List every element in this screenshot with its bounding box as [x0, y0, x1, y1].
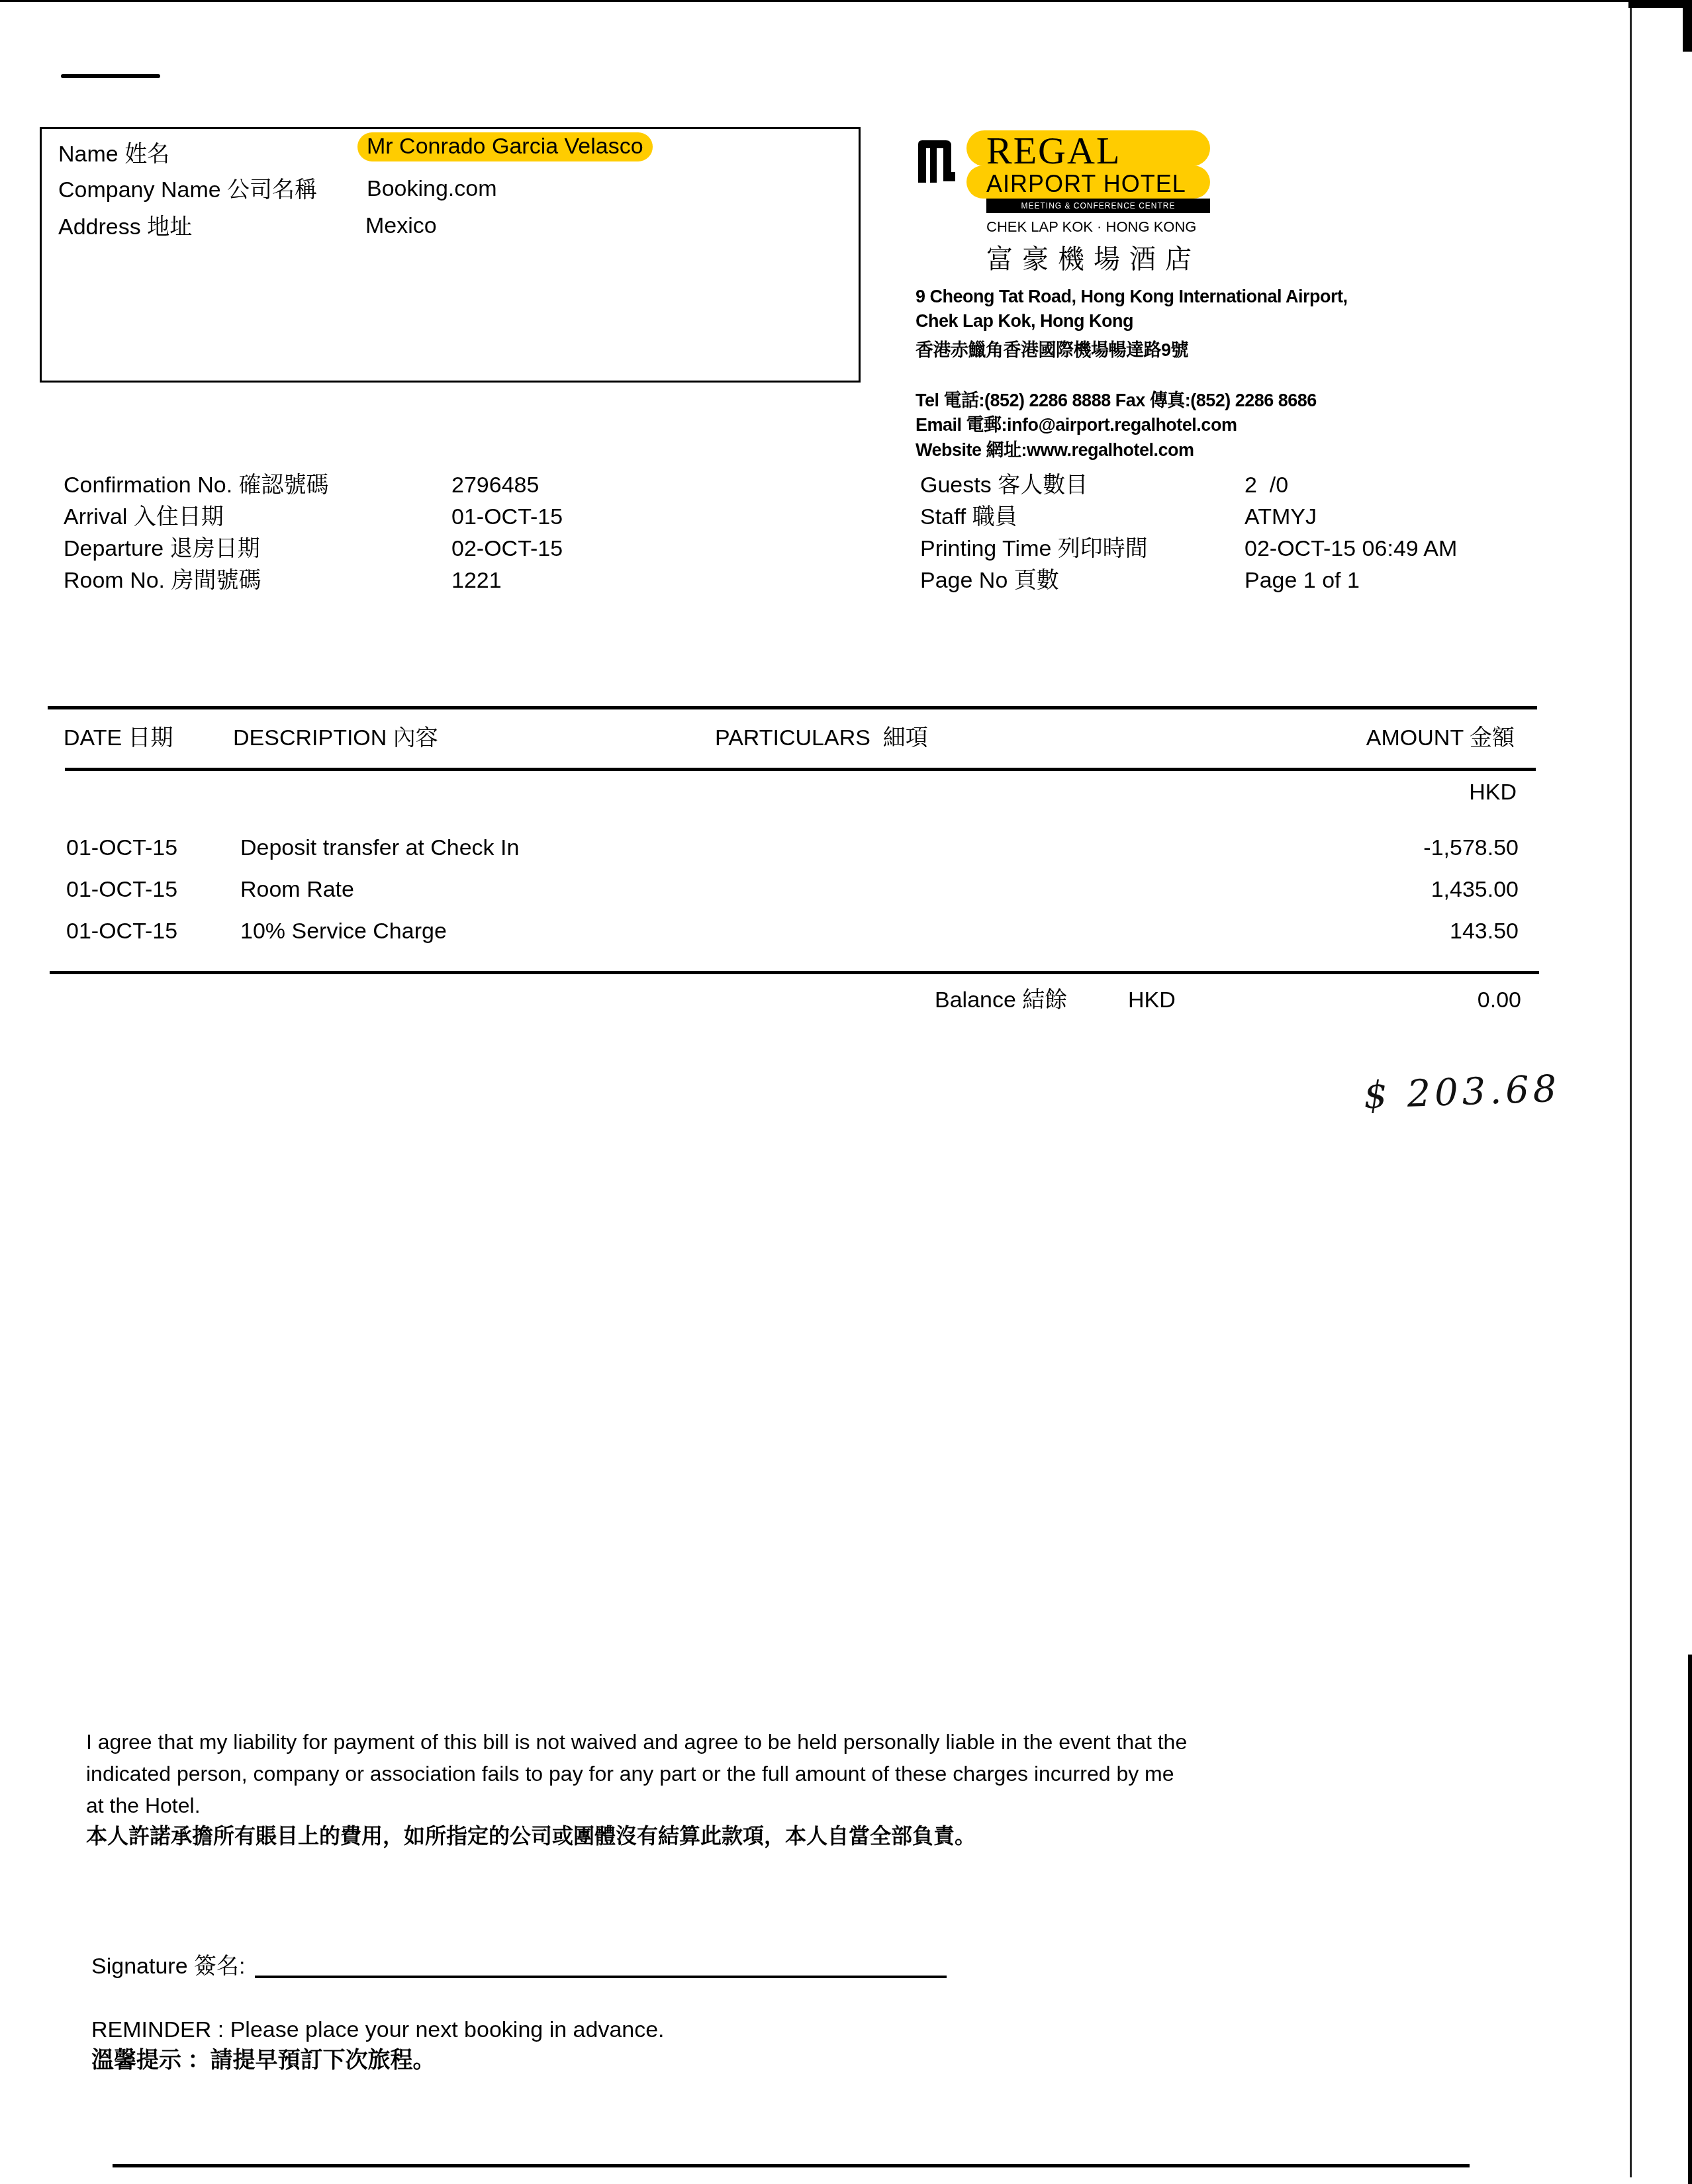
address-value: Mexico: [365, 214, 437, 237]
arrival-value: 01-OCT-15: [451, 506, 563, 528]
departure-value: 02-OCT-15: [451, 537, 563, 560]
row-date: 01-OCT-15: [66, 878, 177, 901]
currency-label: HKD: [1469, 781, 1517, 803]
hotel-website: Website 網址:www.regalhotel.com: [916, 435, 1194, 461]
scan-corner-vertical: [1683, 0, 1692, 52]
logo-meeting-bar: MEETING & CONFERENCE CENTRE: [986, 199, 1210, 213]
address-label: Address 地址: [58, 216, 192, 238]
page-no-label: Page No 頁數: [920, 569, 1059, 592]
reminder-chinese: 溫馨提示 ：請提早預訂下次旅程。: [91, 2049, 435, 2071]
printing-time-value: 02-OCT-15 06:49 AM: [1245, 537, 1457, 560]
header-date: DATE 日期: [64, 727, 173, 749]
guest-name-label: Name 姓名: [58, 143, 169, 165]
scan-edge-right-outer: [1688, 1655, 1692, 2184]
confirmation-label: Confirmation No. 確認號碼: [64, 474, 329, 496]
balance-value: 0.00: [1478, 989, 1521, 1011]
arrival-label: Arrival 入住日期: [64, 506, 224, 528]
row-amount: 143.50: [1450, 920, 1519, 942]
table-rule-bottom: [50, 971, 1539, 974]
balance-currency: HKD: [1128, 989, 1176, 1011]
row-amount: 1,435.00: [1431, 878, 1519, 901]
scan-mark: [61, 74, 160, 78]
balance-label: Balance 結餘: [935, 989, 1067, 1011]
departure-label: Departure 退房日期: [64, 537, 260, 560]
scan-edge-top: [0, 0, 1692, 2]
staff-label: Staff 職員: [920, 506, 1017, 528]
header-description: DESCRIPTION 內容: [233, 727, 438, 749]
hotel-tel-fax: Tel 電話:(852) 2286 8888 Fax 傳真:(852) 2286…: [916, 386, 1317, 412]
table-rule-header: [65, 768, 1536, 771]
room-label: Room No. 房間號碼: [64, 569, 261, 592]
terms-line3: at the Hotel.: [86, 1795, 201, 1816]
signature-label: Signature 簽名:: [91, 1955, 245, 1978]
header-particulars: PARTICULARS 細項: [715, 727, 928, 749]
scan-edge-right: [1630, 7, 1632, 2177]
staff-value: ATMYJ: [1245, 506, 1317, 528]
logo-location: CHEK LAP KOK · HONG KONG: [986, 218, 1196, 236]
logo-chinese-name: 富豪機場酒店: [986, 238, 1201, 276]
regal-r-logo-icon: [917, 139, 957, 183]
room-value: 1221: [451, 569, 502, 592]
row-date: 01-OCT-15: [66, 920, 177, 942]
row-description: Room Rate: [240, 878, 354, 901]
confirmation-value: 2796485: [451, 474, 539, 496]
hotel-address-line2: Chek Lap Kok, Hong Kong: [916, 311, 1133, 332]
guests-value: 2 /0: [1245, 474, 1288, 496]
company-label: Company Name 公司名稱: [58, 179, 317, 201]
hotel-email: Email 電郵:info@airport.regalhotel.com: [916, 410, 1237, 436]
hotel-address-cn: 香港赤鱲角香港國際機場暢達路9號: [916, 336, 1188, 361]
terms-line1: I agree that my liability for payment of…: [86, 1731, 1187, 1752]
header-amount: AMOUNT 金額: [1366, 727, 1515, 749]
printing-time-label: Printing Time 列印時間: [920, 537, 1148, 560]
reminder-english: REMINDER : Please place your next bookin…: [91, 2019, 665, 2041]
table-rule-top: [48, 706, 1537, 709]
hotel-address-line1: 9 Cheong Tat Road, Hong Kong Internation…: [916, 287, 1347, 307]
company-value: Booking.com: [367, 177, 497, 200]
signature-field[interactable]: [255, 1976, 947, 1978]
logo-regal-text: REGAL: [986, 128, 1121, 173]
row-amount: -1,578.50: [1423, 837, 1519, 859]
terms-chinese: 本人許諾承擔所有賬目上的費用，如所指定的公司或團體沒有結算此款項，本人自當全部負…: [86, 1825, 976, 1846]
logo-airport-hotel-text: AIRPORT HOTEL: [986, 170, 1186, 198]
row-description: 10% Service Charge: [240, 920, 447, 942]
handwritten-note: $ 203.68: [1363, 1068, 1561, 1117]
guests-label: Guests 客人數目: [920, 474, 1088, 496]
page-no-value: Page 1 of 1: [1245, 569, 1360, 592]
terms-line2: indicated person, company or association…: [86, 1763, 1174, 1784]
row-date: 01-OCT-15: [66, 837, 177, 859]
footer-rule: [113, 2164, 1470, 2167]
row-description: Deposit transfer at Check In: [240, 837, 519, 859]
guest-name-value: Mr Conrado Garcia Velasco: [357, 132, 653, 161]
